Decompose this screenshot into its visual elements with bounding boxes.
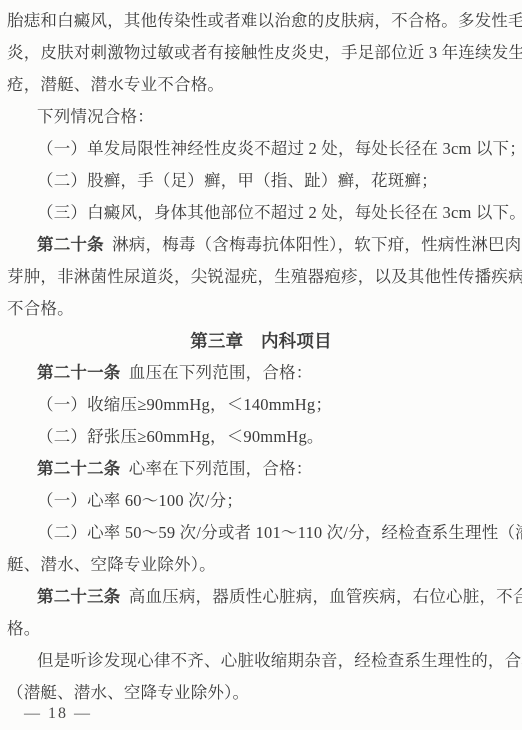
text-line: 疮，潜艇、潜水专业不合格。 — [7, 69, 515, 101]
list-item: （三）白癜风，身体其他部位不超过 2 处，每处长径在 3cm 以下。 — [7, 197, 515, 229]
article-line: 第二十二条心率在下列范围，合格： — [7, 453, 515, 485]
chapter-heading: 第三章 内科项目 — [7, 325, 515, 357]
text-line: 但是听诊发现心律不齐、心脏收缩期杂音，经检查系生理性的，合格 — [7, 645, 515, 677]
article-number: 第二十二条 — [37, 459, 121, 478]
text-line: 不合格。 — [7, 293, 515, 325]
article-number: 第二十三条 — [37, 587, 121, 606]
article-number: 第二十条 — [37, 235, 104, 254]
text-line: 胎痣和白癜风，其他传染性或者难以治愈的皮肤病，不合格。多发性毛囊 — [7, 5, 515, 37]
article-text: 血压在下列范围，合格： — [129, 363, 313, 382]
list-item: （二）舒张压≥60mmHg，＜90mmHg。 — [7, 421, 515, 453]
list-item: （二）股癣，手（足）癣，甲（指、趾）癣，花斑癣； — [7, 165, 515, 197]
document-page: 胎痣和白癜风，其他传染性或者难以治愈的皮肤病，不合格。多发性毛囊 炎，皮肤对刺激… — [0, 0, 522, 730]
text-line: 格。 — [7, 613, 515, 645]
text-line: 下列情况合格： — [7, 101, 515, 133]
text-line: 炎，皮肤对刺激物过敏或者有接触性皮炎史，手足部位近 3 年连续发生冻 — [7, 37, 515, 69]
article-line: 第二十三条高血压病，器质性心脏病，血管疾病，右位心脏，不合 — [7, 581, 515, 613]
document-body: 胎痣和白癜风，其他传染性或者难以治愈的皮肤病，不合格。多发性毛囊 炎，皮肤对刺激… — [0, 0, 522, 709]
list-item: （二）心率 50～59 次/分或者 101～110 次/分，经检查系生理性（潜 — [7, 517, 515, 549]
text-line: 艇、潜水、空降专业除外）。 — [7, 549, 515, 581]
list-item: （一）收缩压≥90mmHg，＜140mmHg； — [7, 389, 515, 421]
article-line: 第二十一条血压在下列范围，合格： — [7, 357, 515, 389]
article-number: 第二十一条 — [37, 363, 121, 382]
article-text: 高血压病，器质性心脏病，血管疾病，右位心脏，不合 — [129, 587, 522, 606]
text-line: 芽肿，非淋菌性尿道炎，尖锐湿疣，生殖器疱疹，以及其他性传播疾病， — [7, 261, 515, 293]
article-line: 第二十条淋病，梅毒（含梅毒抗体阳性），软下疳，性病性淋巴肉 — [7, 229, 515, 261]
page-number: — 18 — — [24, 705, 92, 723]
article-text: 心率在下列范围，合格： — [129, 459, 313, 478]
list-item: （一）单发局限性神经性皮炎不超过 2 处，每处长径在 3cm 以下； — [7, 133, 515, 165]
article-text: 淋病，梅毒（含梅毒抗体阳性），软下疳，性病性淋巴肉 — [112, 235, 521, 254]
list-item: （一）心率 60～100 次/分； — [7, 485, 515, 517]
